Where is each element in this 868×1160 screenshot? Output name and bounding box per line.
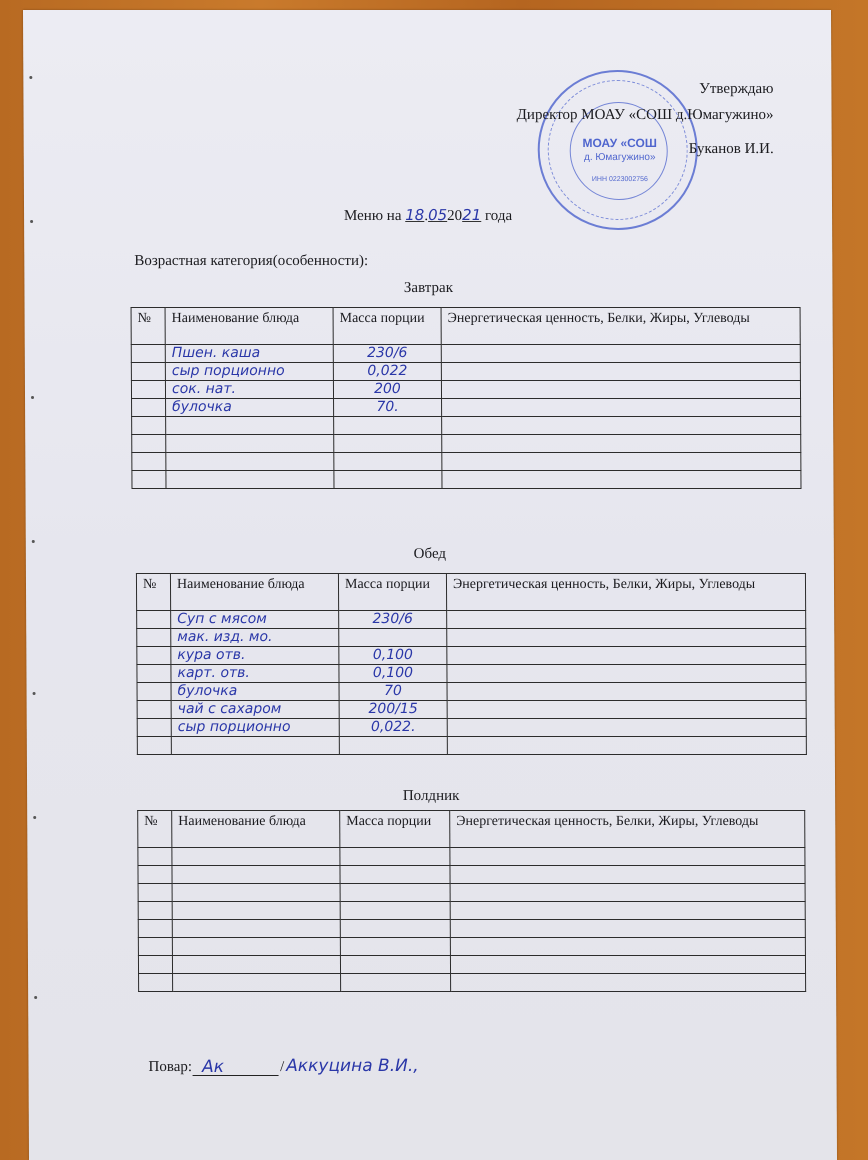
cell-mass xyxy=(339,737,447,755)
header-num: № xyxy=(138,811,172,848)
table-row: мак. изд. мо. xyxy=(137,629,806,647)
cell-energy xyxy=(442,417,801,435)
approval-director-name: Буканов И.И. xyxy=(517,136,774,162)
margin-mark xyxy=(31,396,34,399)
cell-energy xyxy=(450,920,805,938)
cell-dish-name: булочка xyxy=(171,683,339,701)
table-row: кура отв.0,100 xyxy=(137,647,806,665)
cell-num xyxy=(132,399,166,417)
table-header-row: № Наименование блюда Масса порции Энерге… xyxy=(136,574,805,611)
cell-mass xyxy=(334,453,442,471)
cell-num xyxy=(131,363,165,381)
cell-energy xyxy=(450,866,805,884)
table-row: карт. отв.0,100 xyxy=(137,665,806,683)
table-row xyxy=(138,902,805,920)
cell-num xyxy=(132,435,166,453)
margin-mark xyxy=(34,996,37,999)
header-mass: Масса порции xyxy=(338,574,446,611)
cell-dish-name xyxy=(166,417,334,435)
cell-dish-name xyxy=(173,974,341,992)
table-row xyxy=(139,974,806,992)
cell-dish-name xyxy=(166,435,334,453)
cell-mass xyxy=(340,848,450,866)
table-row xyxy=(132,471,801,489)
header-energy: Энергетическая ценность, Белки, Жиры, Уг… xyxy=(446,574,805,611)
cell-energy xyxy=(447,737,806,755)
cell-num xyxy=(138,884,172,902)
margin-mark xyxy=(33,692,36,695)
table-row: Пшен. каша230/6 xyxy=(131,345,800,363)
cell-energy xyxy=(450,956,805,974)
cell-num xyxy=(138,866,172,884)
cell-energy xyxy=(450,848,805,866)
menu-year-suffix: 21 xyxy=(462,206,481,224)
cell-energy xyxy=(447,647,806,665)
cell-dish-name xyxy=(166,471,334,489)
table-row xyxy=(138,920,805,938)
cell-dish-name xyxy=(172,848,340,866)
cell-dish-name: Пшен. каша xyxy=(165,345,333,363)
cook-name: Аккуцина В.И., xyxy=(286,1056,418,1076)
cell-mass: 70. xyxy=(334,399,442,417)
cook-label: Повар: xyxy=(148,1059,192,1076)
cook-separator: / xyxy=(280,1059,284,1076)
cell-mass xyxy=(340,884,450,902)
cell-energy xyxy=(450,902,805,920)
cell-energy xyxy=(447,629,806,647)
table-row: булочка70. xyxy=(132,399,801,417)
cell-mass: 0,022 xyxy=(333,363,441,381)
cell-num xyxy=(137,719,171,737)
cell-dish-name xyxy=(171,737,339,755)
table-row xyxy=(132,417,801,435)
cell-mass xyxy=(340,938,450,956)
header-name: Наименование блюда xyxy=(172,811,340,848)
cell-energy xyxy=(442,453,801,471)
table-row: Суп с мясом230/6 xyxy=(137,611,806,629)
approval-heading: Утверждаю xyxy=(516,76,773,102)
cell-energy xyxy=(447,665,806,683)
breakfast-table: № Наименование блюда Масса порции Энерге… xyxy=(131,307,802,489)
approval-block: Утверждаю Директор МОАУ «СОШ д.Юмагужино… xyxy=(516,76,773,162)
table-row: булочка70 xyxy=(137,683,806,701)
table-row: чай с сахаром200/15 xyxy=(137,701,806,719)
cell-mass xyxy=(339,629,447,647)
cell-dish-name xyxy=(172,956,340,974)
cell-num xyxy=(132,417,166,435)
cell-dish-name: чай с сахаром xyxy=(171,701,339,719)
header-mass: Масса порции xyxy=(340,811,450,848)
menu-title-suffix: года xyxy=(485,208,512,224)
header-energy: Энергетическая ценность, Белки, Жиры, Уг… xyxy=(441,308,800,345)
section-title-lunch: Обед xyxy=(26,546,834,563)
cell-mass xyxy=(334,435,442,453)
header-name: Наименование блюда xyxy=(170,574,338,611)
cell-num xyxy=(132,453,166,471)
cell-dish-name xyxy=(172,884,340,902)
approval-position: Директор МОАУ «СОШ д.Юмагужино» xyxy=(517,102,774,128)
cell-energy xyxy=(447,701,806,719)
cell-num xyxy=(131,345,165,363)
cell-dish-name: кура отв. xyxy=(171,647,339,665)
table-header-row: № Наименование блюда Масса порции Энерге… xyxy=(138,811,805,848)
cell-mass: 0,100 xyxy=(339,647,447,665)
cell-num xyxy=(138,956,172,974)
cell-energy xyxy=(442,435,801,453)
cell-mass xyxy=(341,974,451,992)
cell-dish-name: Суп с мясом xyxy=(171,611,339,629)
cell-mass xyxy=(334,417,442,435)
margin-mark xyxy=(29,76,32,79)
menu-date-month: 05 xyxy=(428,206,447,224)
cell-dish-name xyxy=(166,453,334,471)
section-title-snack: Полдник xyxy=(27,788,835,805)
cell-num xyxy=(137,647,171,665)
cell-energy xyxy=(451,974,806,992)
menu-year-prefix: 20 xyxy=(447,208,462,224)
cell-mass: 230/6 xyxy=(339,611,447,629)
cook-signature-block: Повар: Ак / Аккуцина В.И., xyxy=(148,1056,418,1076)
cell-mass: 70 xyxy=(339,683,447,701)
cell-num xyxy=(137,611,171,629)
table-row xyxy=(137,737,806,755)
cook-signature-line: Ак xyxy=(192,1057,278,1076)
cell-num xyxy=(138,938,172,956)
cell-energy xyxy=(441,363,800,381)
margin-mark xyxy=(32,540,35,543)
cell-num xyxy=(137,629,171,647)
section-title-breakfast: Завтрак xyxy=(24,280,832,297)
cell-num xyxy=(131,381,165,399)
cook-signature: Ак xyxy=(202,1057,224,1077)
lunch-table: № Наименование блюда Масса порции Энерге… xyxy=(136,573,807,755)
cell-mass: 0,100 xyxy=(339,665,447,683)
cell-energy xyxy=(450,938,805,956)
cell-dish-name xyxy=(172,866,340,884)
table-header-row: № Наименование блюда Масса порции Энерге… xyxy=(131,308,800,345)
cell-num xyxy=(137,701,171,719)
cell-dish-name: сыр порционно xyxy=(171,719,339,737)
cell-dish-name: карт. отв. xyxy=(171,665,339,683)
table-row xyxy=(138,848,805,866)
menu-document: МОАУ «СОШ д. Юмагужино» ИНН 0223002756 У… xyxy=(23,10,837,1160)
cell-mass: 0,022. xyxy=(339,719,447,737)
cell-mass: 230/6 xyxy=(333,345,441,363)
table-row: сыр порционно0,022. xyxy=(137,719,806,737)
cell-energy xyxy=(442,471,801,489)
cell-energy xyxy=(447,611,806,629)
menu-title: Меню на 18.052021 года xyxy=(24,206,832,225)
cell-num xyxy=(137,665,171,683)
table-row xyxy=(138,866,805,884)
margin-mark xyxy=(30,220,33,223)
cell-mass: 200 xyxy=(333,381,441,399)
cell-num xyxy=(138,920,172,938)
cell-mass xyxy=(340,866,450,884)
header-name: Наименование блюда xyxy=(165,308,333,345)
menu-date-day: 18 xyxy=(405,206,424,224)
header-num: № xyxy=(131,308,165,345)
cell-dish-name xyxy=(172,920,340,938)
cell-mass xyxy=(340,920,450,938)
table-row: сыр порционно0,022 xyxy=(131,363,800,381)
cell-mass xyxy=(340,956,450,974)
table-row xyxy=(138,884,805,902)
table-row xyxy=(138,938,805,956)
cell-energy xyxy=(450,884,805,902)
table-row xyxy=(132,453,801,471)
cell-dish-name xyxy=(172,902,340,920)
menu-title-prefix: Меню на xyxy=(344,208,402,224)
cell-mass: 200/15 xyxy=(339,701,447,719)
header-mass: Масса порции xyxy=(333,308,441,345)
cell-num xyxy=(137,737,171,755)
header-num: № xyxy=(136,574,170,611)
cell-num xyxy=(139,974,173,992)
cell-num xyxy=(137,683,171,701)
cell-num xyxy=(132,471,166,489)
margin-mark xyxy=(33,816,36,819)
cell-energy xyxy=(441,345,800,363)
cell-num xyxy=(138,848,172,866)
table-row xyxy=(138,956,805,974)
cell-energy xyxy=(441,381,800,399)
cell-dish-name: сыр порционно xyxy=(165,363,333,381)
table-row: сок. нат.200 xyxy=(131,381,800,399)
cell-dish-name xyxy=(172,938,340,956)
afternoon-snack-table: № Наименование блюда Масса порции Энерге… xyxy=(137,810,806,992)
cell-mass xyxy=(334,471,442,489)
cell-energy xyxy=(442,399,801,417)
cell-energy xyxy=(447,719,806,737)
cell-mass xyxy=(340,902,450,920)
header-energy: Энергетическая ценность, Белки, Жиры, Уг… xyxy=(450,811,805,848)
cell-num xyxy=(138,902,172,920)
age-category-label: Возрастная категория(особенности): xyxy=(134,253,368,270)
table-row xyxy=(132,435,801,453)
cell-energy xyxy=(447,683,806,701)
cell-dish-name: мак. изд. мо. xyxy=(171,629,339,647)
cell-dish-name: сок. нат. xyxy=(165,381,333,399)
stamp-text-inn: ИНН 0223002756 xyxy=(540,176,700,183)
cell-dish-name: булочка xyxy=(166,399,334,417)
